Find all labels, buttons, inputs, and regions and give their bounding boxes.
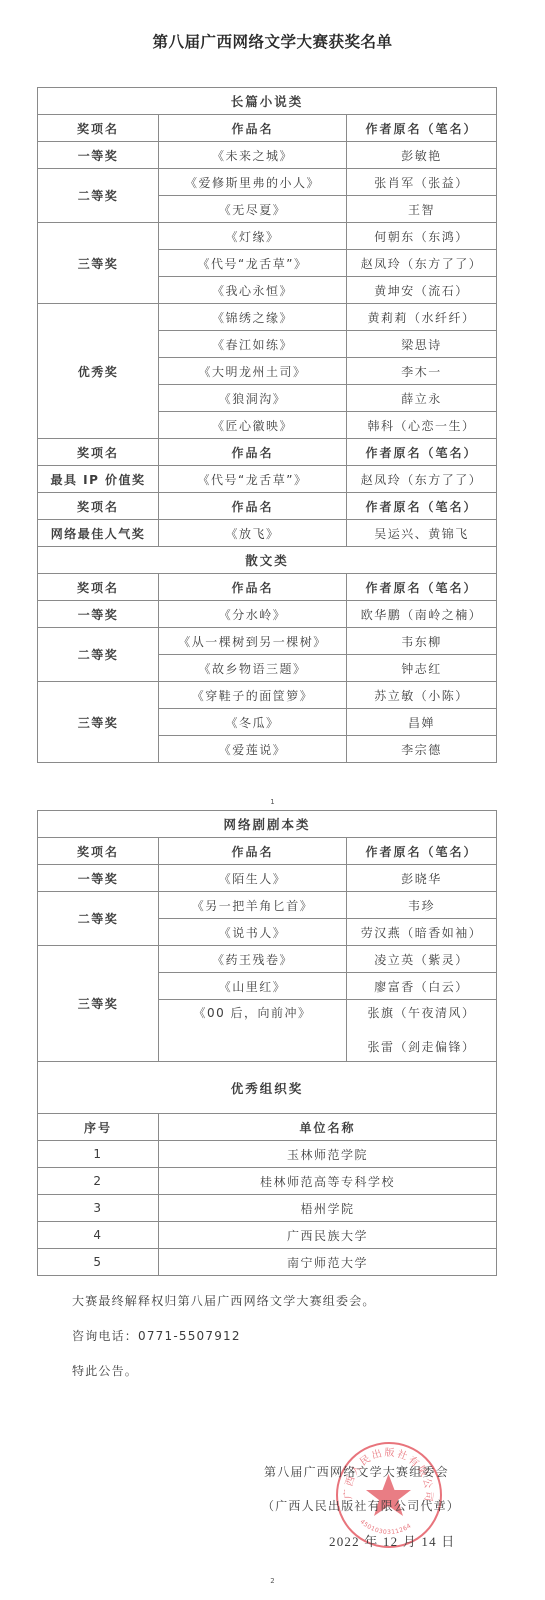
award-cell: 二等奖	[38, 628, 159, 682]
header-row: 奖项名 作品名 作者原名（笔名）	[38, 493, 497, 520]
table-row: 二等奖 《从一棵树到另一棵树》 韦东柳	[38, 628, 497, 655]
author-cell: 昌婵	[347, 709, 497, 736]
work-cell: 《从一棵树到另一棵树》	[159, 628, 347, 655]
table-row: 4 广西民族大学	[38, 1222, 497, 1249]
index-cell: 5	[38, 1249, 159, 1276]
work-cell: 《药王残卷》	[159, 946, 347, 973]
section-row-prose: 散文类	[38, 547, 497, 574]
col-header-author: 作者原名（笔名）	[347, 115, 497, 142]
unit-cell: 桂林师范高等专科学校	[159, 1168, 497, 1195]
awards-table-page1: 长篇小说类 奖项名 作品名 作者原名（笔名） 一等奖 《未来之城》 彭敏艳 二等…	[37, 87, 497, 763]
footer-closing: 特此公告。	[72, 1362, 138, 1379]
author-name: 张雷（剑走偏锋）	[349, 1034, 494, 1061]
col-header-award: 奖项名	[38, 439, 159, 466]
author-cell: 梁思诗	[347, 331, 497, 358]
author-cell: 李宗德	[347, 736, 497, 763]
award-cell: 一等奖	[38, 601, 159, 628]
col-header-award: 奖项名	[38, 838, 159, 865]
author-cell: 王智	[347, 196, 497, 223]
work-cell: 《00 后，向前冲》	[159, 1000, 347, 1062]
author-cell-multi: 张旗（午夜清风） 张雷（剑走偏锋）	[347, 1000, 497, 1062]
table-row: 二等奖 《爱修斯里弗的小人》 张肖军（张益）	[38, 169, 497, 196]
unit-cell: 南宁师范大学	[159, 1249, 497, 1276]
author-cell: 凌立英（紫灵）	[347, 946, 497, 973]
footer-phone: 咨询电话：0771-5507912	[72, 1327, 241, 1344]
table-row: 三等奖 《灯缘》 何朝东（东鸿）	[38, 223, 497, 250]
work-cell: 《故乡物语三题》	[159, 655, 347, 682]
author-cell: 薛立永	[347, 385, 497, 412]
col-header-index: 序号	[38, 1114, 159, 1141]
table-row: 一等奖 《分水岭》 欧华鹏（南岭之楠）	[38, 601, 497, 628]
author-name: 张旗（午夜清风）	[349, 1000, 494, 1027]
table-row: 优秀奖 《锦绣之缘》 黄莉莉（水纤纤）	[38, 304, 497, 331]
col-header-author: 作者原名（笔名）	[347, 493, 497, 520]
unit-cell: 玉林师范学院	[159, 1141, 497, 1168]
table-row: 3 梧州学院	[38, 1195, 497, 1222]
award-cell: 网络最佳人气奖	[38, 520, 159, 547]
award-cell: 优秀奖	[38, 304, 159, 439]
author-cell: 赵凤玲（东方了了）	[347, 466, 497, 493]
section-row-novel: 长篇小说类	[38, 88, 497, 115]
author-cell: 韩科（心恋一生）	[347, 412, 497, 439]
work-cell: 《陌生人》	[159, 865, 347, 892]
award-cell: 二等奖	[38, 169, 159, 223]
col-header-author: 作者原名（笔名）	[347, 439, 497, 466]
table-row: 网络最佳人气奖 《放飞》 吴运兴、黄锦飞	[38, 520, 497, 547]
signature-organizer: 第八届广西网络文学大赛组委会	[264, 1463, 449, 1480]
author-cell: 彭晓华	[347, 865, 497, 892]
section-title-prose: 散文类	[38, 547, 497, 574]
award-cell: 最具 IP 价值奖	[38, 466, 159, 493]
award-cell: 三等奖	[38, 223, 159, 304]
author-cell: 韦东柳	[347, 628, 497, 655]
section-row-organization: 优秀组织奖	[38, 1062, 497, 1114]
col-header-unit: 单位名称	[159, 1114, 497, 1141]
header-row: 奖项名 作品名 作者原名（笔名）	[38, 115, 497, 142]
author-cell: 黄莉莉（水纤纤）	[347, 304, 497, 331]
unit-cell: 梧州学院	[159, 1195, 497, 1222]
unit-cell: 广西民族大学	[159, 1222, 497, 1249]
work-cell: 《代号“龙舌草”》	[159, 250, 347, 277]
section-title-script: 网络剧剧本类	[38, 811, 497, 838]
award-cell: 二等奖	[38, 892, 159, 946]
col-header-author: 作者原名（笔名）	[347, 838, 497, 865]
table-row: 二等奖 《另一把羊角匕首》 韦珍	[38, 892, 497, 919]
work-cell: 《锦绣之缘》	[159, 304, 347, 331]
table-row: 2 桂林师范高等专科学校	[38, 1168, 497, 1195]
awards-table-page2: 网络剧剧本类 奖项名 作品名 作者原名（笔名） 一等奖 《陌生人》 彭晓华 二等…	[37, 810, 497, 1276]
table-row: 三等奖 《药王残卷》 凌立英（紫灵）	[38, 946, 497, 973]
org-header-row: 序号 单位名称	[38, 1114, 497, 1141]
seal-star-icon: 广西人民出版社有限公司 4501030311264	[338, 1444, 439, 1545]
author-cell: 张肖军（张益）	[347, 169, 497, 196]
work-cell: 《山里红》	[159, 973, 347, 1000]
work-cell: 《狼洞沟》	[159, 385, 347, 412]
page-number-2: 2	[0, 1577, 545, 1585]
author-cell: 廖富香（白云）	[347, 973, 497, 1000]
header-row: 奖项名 作品名 作者原名（笔名）	[38, 838, 497, 865]
award-cell: 三等奖	[38, 682, 159, 763]
work-cell: 《爱莲说》	[159, 736, 347, 763]
work-cell: 《春江如练》	[159, 331, 347, 358]
col-header-work: 作品名	[159, 493, 347, 520]
table-row: 三等奖 《穿鞋子的面筐箩》 苏立敏（小陈）	[38, 682, 497, 709]
signature-date: 2022 年 12 月 14 日	[329, 1531, 455, 1550]
award-cell: 一等奖	[38, 865, 159, 892]
work-cell: 《我心永恒》	[159, 277, 347, 304]
table-row: 5 南宁师范大学	[38, 1249, 497, 1276]
section-title-novel: 长篇小说类	[38, 88, 497, 115]
table-row: 一等奖 《未来之城》 彭敏艳	[38, 142, 497, 169]
col-header-work: 作品名	[159, 574, 347, 601]
author-cell: 何朝东（东鸿）	[347, 223, 497, 250]
header-row: 奖项名 作品名 作者原名（笔名）	[38, 439, 497, 466]
document-title: 第八届广西网络文学大赛获奖名单	[0, 30, 545, 52]
work-cell: 《放飞》	[159, 520, 347, 547]
col-header-award: 奖项名	[38, 115, 159, 142]
index-cell: 3	[38, 1195, 159, 1222]
work-cell: 《穿鞋子的面筐箩》	[159, 682, 347, 709]
footer-note: 大赛最终解释权归第八届广西网络文学大赛组委会。	[72, 1292, 376, 1309]
author-cell: 黄坤安（流石）	[347, 277, 497, 304]
work-cell: 《无尽夏》	[159, 196, 347, 223]
author-cell: 吴运兴、黄锦飞	[347, 520, 497, 547]
index-cell: 1	[38, 1141, 159, 1168]
work-cell: 《灯缘》	[159, 223, 347, 250]
work-cell: 《爱修斯里弗的小人》	[159, 169, 347, 196]
work-cell: 《未来之城》	[159, 142, 347, 169]
award-cell: 一等奖	[38, 142, 159, 169]
page-number-1: 1	[0, 798, 545, 806]
author-cell: 韦珍	[347, 892, 497, 919]
index-cell: 4	[38, 1222, 159, 1249]
signature-seal-note: （广西人民出版社有限公司代章）	[262, 1497, 460, 1514]
author-cell: 彭敏艳	[347, 142, 497, 169]
work-cell: 《匠心徽映》	[159, 412, 347, 439]
col-header-work: 作品名	[159, 838, 347, 865]
work-cell: 《说书人》	[159, 919, 347, 946]
section-title-organization: 优秀组织奖	[38, 1062, 497, 1114]
work-cell: 《冬瓜》	[159, 709, 347, 736]
work-cell: 《代号“龙舌草”》	[159, 466, 347, 493]
table-row: 一等奖 《陌生人》 彭晓华	[38, 865, 497, 892]
header-row: 奖项名 作品名 作者原名（笔名）	[38, 574, 497, 601]
col-header-work: 作品名	[159, 115, 347, 142]
author-cell: 钟志红	[347, 655, 497, 682]
author-cell: 李木一	[347, 358, 497, 385]
col-header-award: 奖项名	[38, 493, 159, 520]
table-row: 最具 IP 价值奖 《代号“龙舌草”》 赵凤玲（东方了了）	[38, 466, 497, 493]
col-header-award: 奖项名	[38, 574, 159, 601]
section-row-script: 网络剧剧本类	[38, 811, 497, 838]
col-header-work: 作品名	[159, 439, 347, 466]
col-header-author: 作者原名（笔名）	[347, 574, 497, 601]
work-cell: 《另一把羊角匕首》	[159, 892, 347, 919]
award-cell: 三等奖	[38, 946, 159, 1062]
index-cell: 2	[38, 1168, 159, 1195]
author-cell: 欧华鹏（南岭之楠）	[347, 601, 497, 628]
author-cell: 苏立敏（小陈）	[347, 682, 497, 709]
author-cell: 劳汉燕（暗香如袖）	[347, 919, 497, 946]
work-cell: 《大明龙州土司》	[159, 358, 347, 385]
work-cell: 《分水岭》	[159, 601, 347, 628]
author-cell: 赵凤玲（东方了了）	[347, 250, 497, 277]
table-row: 1 玉林师范学院	[38, 1141, 497, 1168]
